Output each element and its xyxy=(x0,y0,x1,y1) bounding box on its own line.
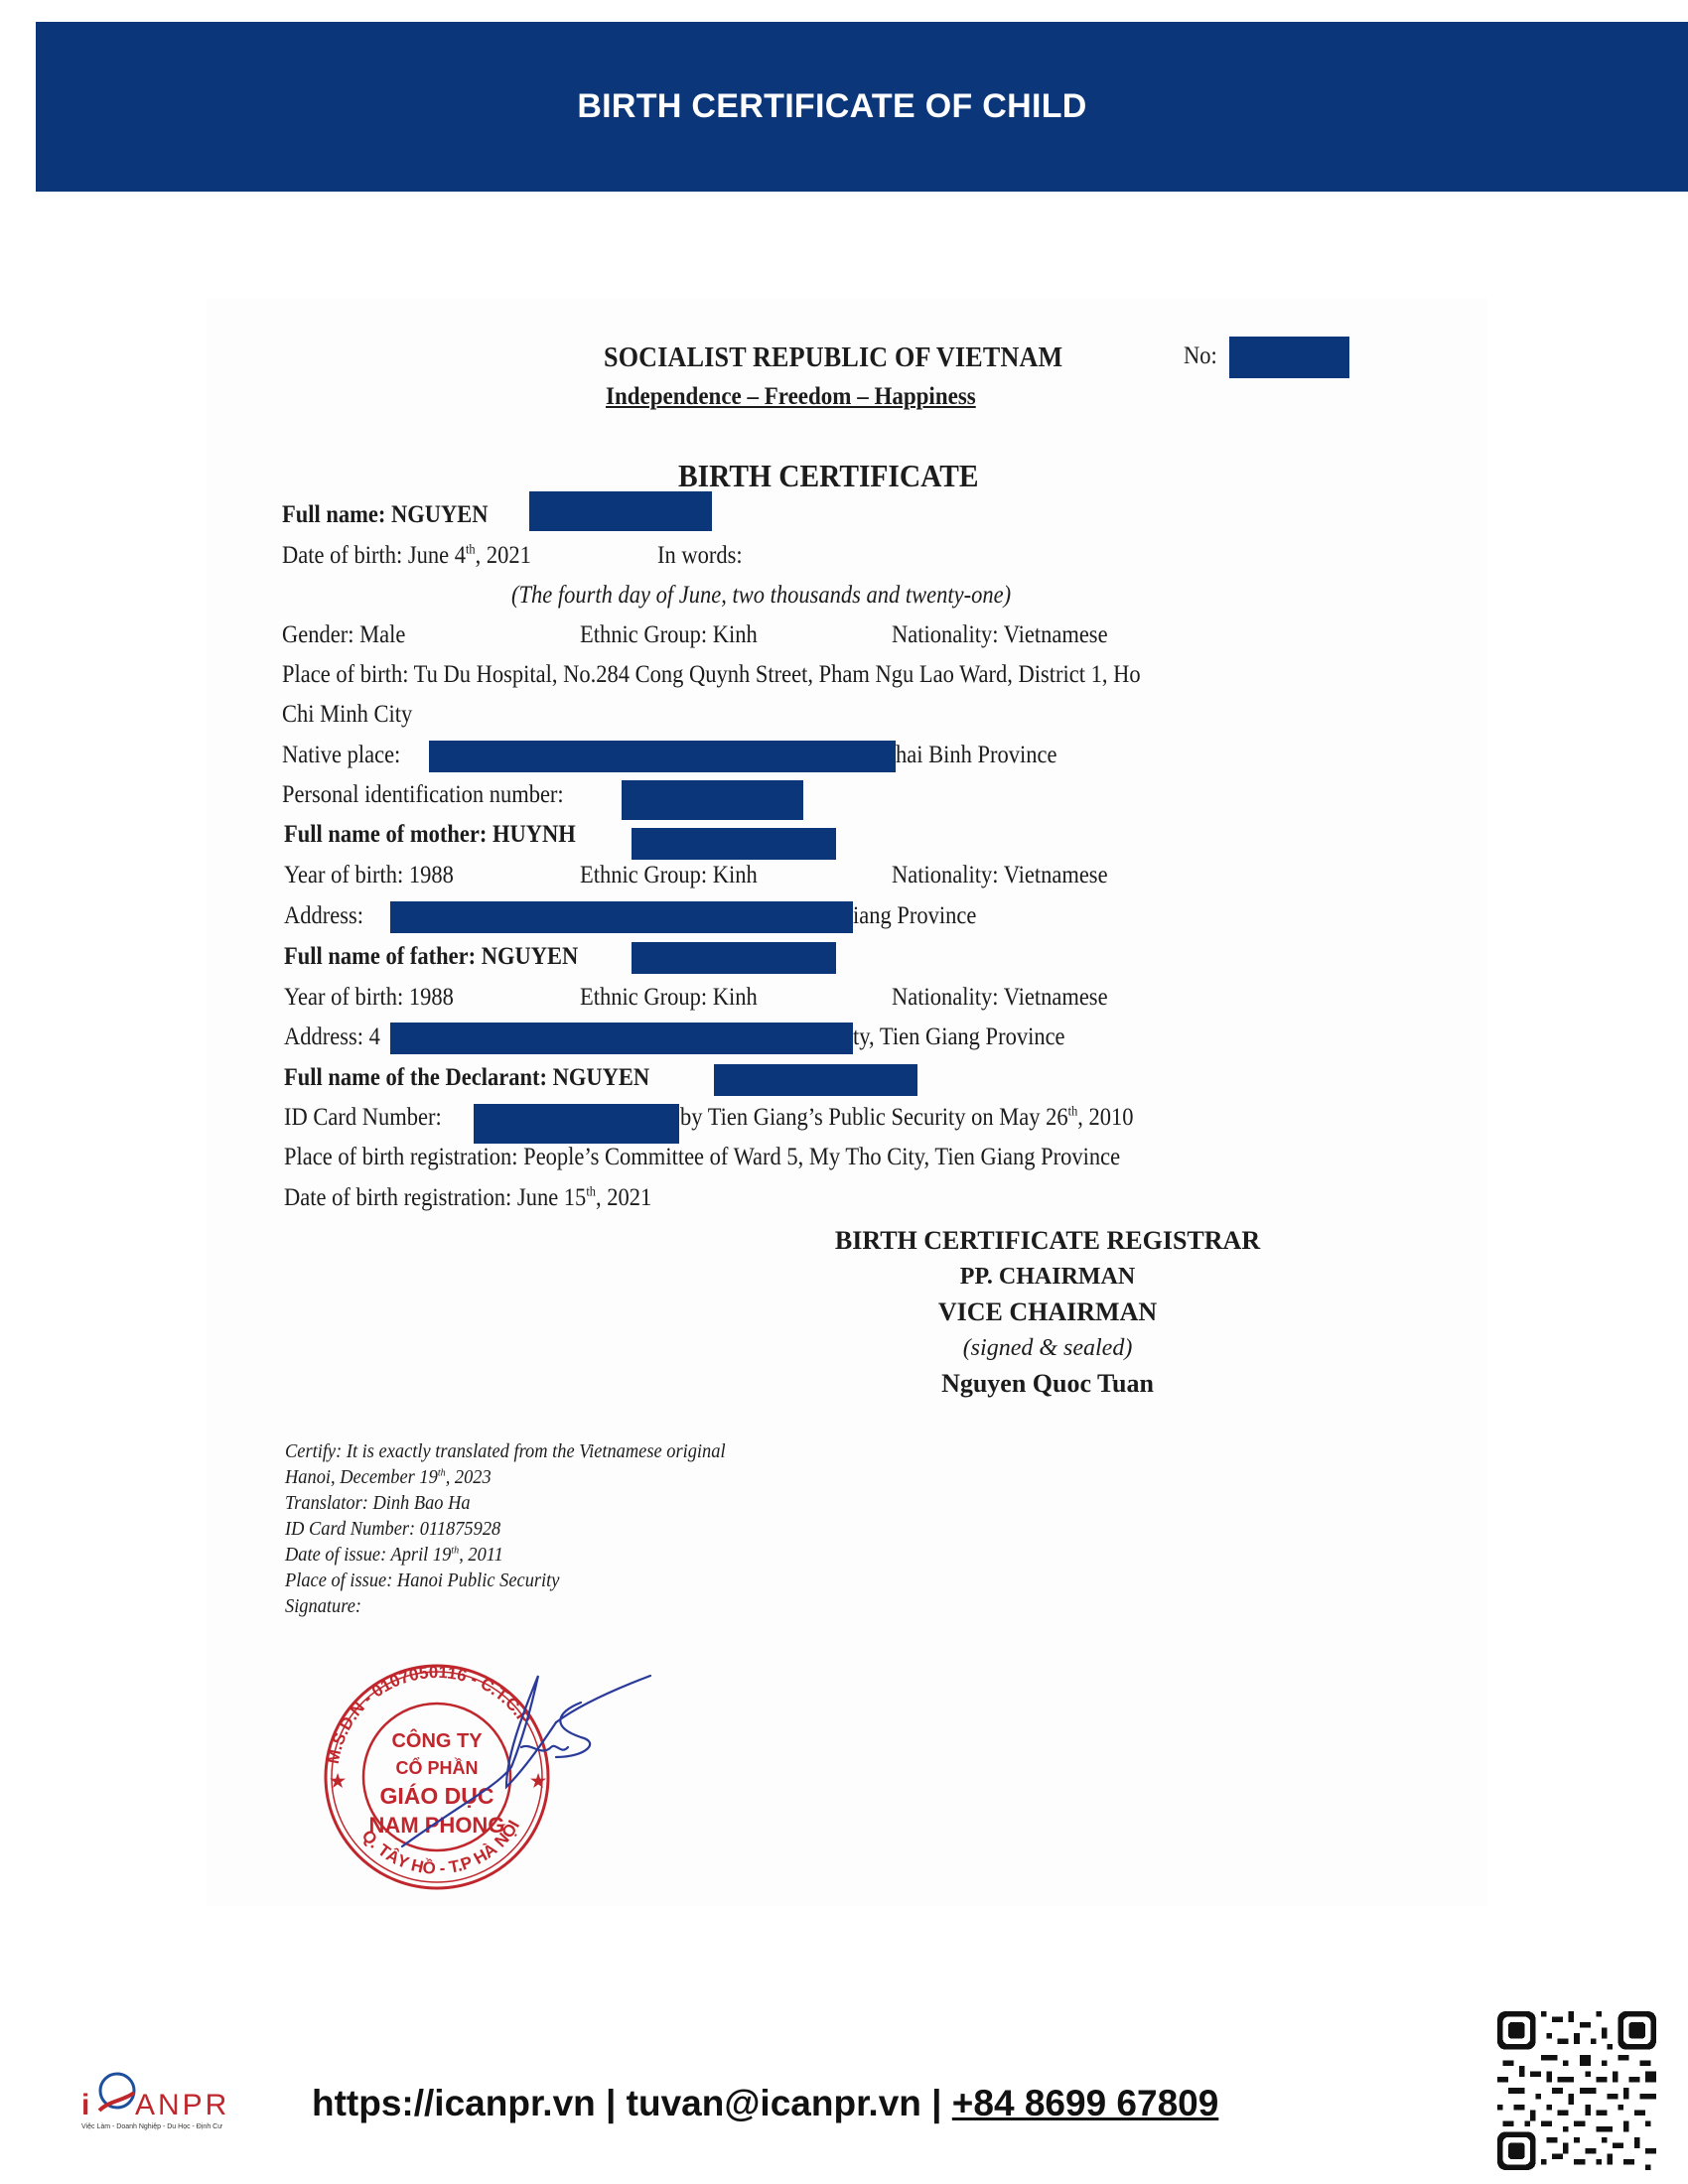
translation-note: Certify: It is exactly translated from t… xyxy=(285,1438,726,1619)
footer-phone-link[interactable]: +84 8699 67809 xyxy=(952,2083,1219,2123)
qr-code-icon[interactable] xyxy=(1497,2011,1656,2170)
father-address-tail: ty, Tien Giang Province xyxy=(853,1024,1065,1051)
in-words-label: In words: xyxy=(657,542,743,570)
child-dob: Date of birth: June 4th, 2021 xyxy=(282,542,531,570)
redaction-father-address xyxy=(390,1023,853,1054)
note-translator: Translator: Dinh Bao Ha xyxy=(285,1490,726,1516)
svg-text:i: i xyxy=(81,2089,89,2121)
note-signature: Signature: xyxy=(285,1593,726,1619)
declarant-name-label: Full name of the Declarant: NGUYEN xyxy=(284,1064,649,1092)
signatory-line4: (signed & sealed) xyxy=(814,1330,1281,1366)
note-certify: Certify: It is exactly translated from t… xyxy=(285,1438,726,1464)
mother-yob: Year of birth: 1988 xyxy=(284,862,454,889)
place-of-birth-line2: Chi Minh City xyxy=(282,701,412,729)
footer-contact: https://icanpr.vn | tuvan@icanpr.vn | +8… xyxy=(312,2083,1218,2124)
note-date-issue: Date of issue: April 19th, 2011 xyxy=(285,1542,726,1568)
native-place-label: Native place: xyxy=(282,742,400,769)
svg-text:CÔNG TY: CÔNG TY xyxy=(391,1728,483,1752)
redaction-mother-address xyxy=(390,901,853,933)
icanpr-logo-icon: i ANPR Việc Làm - Doanh Nghiệp - Du Học … xyxy=(79,2071,254,2132)
declarant-id-tail: by Tien Giang’s Public Security on May 2… xyxy=(680,1104,1134,1132)
registration-date: Date of birth registration: June 15th, 2… xyxy=(284,1184,651,1212)
svg-text:★: ★ xyxy=(330,1771,347,1791)
certificate-title: BIRTH CERTIFICATE xyxy=(678,458,978,494)
footer-website-email[interactable]: https://icanpr.vn | tuvan@icanpr.vn | xyxy=(312,2083,952,2123)
redaction-declarant-id xyxy=(474,1104,679,1144)
redaction-native-place xyxy=(429,741,896,772)
svg-text:Việc Làm - Doanh Nghiệp - Du H: Việc Làm - Doanh Nghiệp - Du Học - Định … xyxy=(81,2123,222,2130)
child-name-label: Full name: NGUYEN xyxy=(282,501,489,529)
svg-text:★: ★ xyxy=(530,1771,547,1791)
note-place-issue: Place of issue: Hanoi Public Security xyxy=(285,1568,726,1593)
place-of-birth-line1: Place of birth: Tu Du Hospital, No.284 C… xyxy=(282,661,1141,689)
declarant-id-label: ID Card Number: xyxy=(284,1104,442,1132)
note-place-date: Hanoi, December 19th, 2023 xyxy=(285,1464,726,1490)
father-nationality: Nationality: Vietnamese xyxy=(892,984,1108,1012)
child-gender: Gender: Male xyxy=(282,621,405,649)
svg-text:ANPR: ANPR xyxy=(135,2089,229,2121)
signatory-name: Nguyen Quoc Tuan xyxy=(814,1366,1281,1402)
redaction-pid xyxy=(622,780,803,820)
father-name-label: Full name of father: NGUYEN xyxy=(284,943,578,971)
mother-nationality: Nationality: Vietnamese xyxy=(892,862,1108,889)
registration-place: Place of birth registration: People’s Co… xyxy=(284,1144,1120,1171)
native-place-tail: hai Binh Province xyxy=(896,742,1056,769)
motto: Independence – Freedom – Happiness xyxy=(606,383,976,411)
dob-in-words: (The fourth day of June, two thousands a… xyxy=(511,582,1011,610)
father-yob: Year of birth: 1988 xyxy=(284,984,454,1012)
redaction-number xyxy=(1229,337,1349,378)
pid-label: Personal identification number: xyxy=(282,781,564,809)
svg-text:NAM PHONG: NAM PHONG xyxy=(369,1813,505,1838)
number-label: No: xyxy=(1184,342,1217,370)
signatory-line1: BIRTH CERTIFICATE REGISTRAR xyxy=(814,1223,1281,1259)
banner-title: BIRTH CERTIFICATE OF CHILD xyxy=(577,87,1086,126)
child-nationality: Nationality: Vietnamese xyxy=(892,621,1108,649)
redaction-child-name xyxy=(529,491,712,531)
signatory-line3: VICE CHAIRMAN xyxy=(814,1295,1281,1330)
mother-name-label: Full name of mother: HUYNH xyxy=(284,821,576,849)
mother-address-tail: iang Province xyxy=(853,902,976,930)
svg-text:CỔ PHẦN: CỔ PHẦN xyxy=(395,1757,478,1778)
company-seal-icon: M.S.D.N - 0107050116 - C.T.C.P Q. TÂY HỒ… xyxy=(308,1648,665,1916)
signatory-block: BIRTH CERTIFICATE REGISTRAR PP. CHAIRMAN… xyxy=(814,1223,1281,1402)
header-banner: BIRTH CERTIFICATE OF CHILD xyxy=(36,22,1688,192)
mother-address-label: Address: xyxy=(284,902,363,930)
child-ethnic: Ethnic Group: Kinh xyxy=(580,621,758,649)
father-ethnic: Ethnic Group: Kinh xyxy=(580,984,758,1012)
father-address-label: Address: 4 xyxy=(284,1024,380,1051)
redaction-father-name xyxy=(632,942,836,974)
redaction-mother-name xyxy=(632,828,836,860)
mother-ethnic: Ethnic Group: Kinh xyxy=(580,862,758,889)
country-heading: SOCIALIST REPUBLIC OF VIETNAM xyxy=(604,341,1062,374)
signatory-line2: PP. CHAIRMAN xyxy=(814,1259,1281,1295)
note-id-card: ID Card Number: 011875928 xyxy=(285,1516,726,1542)
redaction-declarant-name xyxy=(714,1064,917,1096)
